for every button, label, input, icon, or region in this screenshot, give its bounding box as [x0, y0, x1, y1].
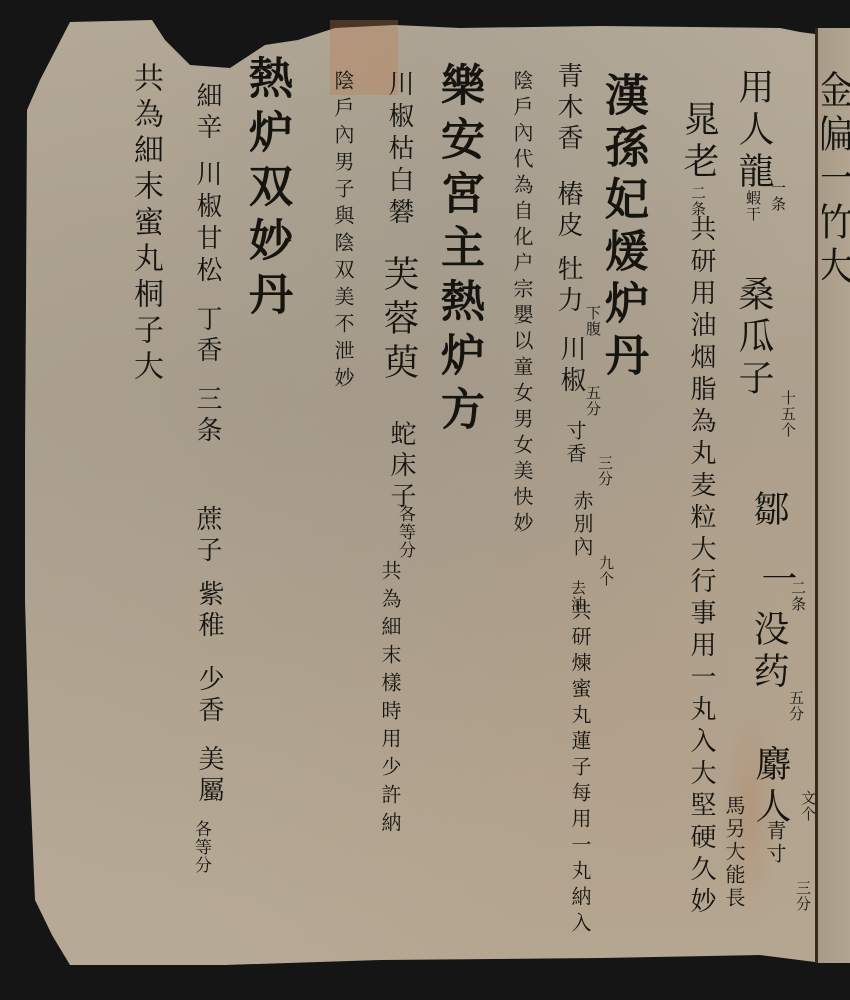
- column-4-text-4: 川椒: [558, 335, 584, 397]
- column-10-text-5: 紫稚: [196, 580, 222, 642]
- recipe-title-1: 漢孫妃煖炉丹: [600, 72, 644, 384]
- column-10-text-3: 丁香: [194, 305, 220, 367]
- manuscript-scan: 金偏一竹大 用人龍 一条 蝦干 桑瓜子 十五个 鄒 一 二条 没药 五分 麝人 …: [0, 0, 850, 1000]
- column-1-main-3: 鄒: [750, 490, 786, 532]
- column-4-text-6: 赤別內: [572, 490, 592, 559]
- column-1-note-e: 五分: [788, 690, 803, 722]
- column-4-text-1: 青木香: [555, 62, 581, 155]
- column-1-note-g: 三分: [795, 880, 810, 912]
- column-7-note: 各等分: [396, 505, 413, 559]
- column-7-text-2: 芙蓉萸: [380, 255, 416, 387]
- column-4-text-8: 共研煉蜜丸蓮子每用一丸納入: [570, 600, 590, 938]
- column-10-text-4: 蔗子: [194, 505, 220, 567]
- column-1-main-7: 青寸: [765, 820, 785, 866]
- column-11-text: 共為細末蜜丸桐子大: [130, 62, 160, 386]
- column-8-text: 陰戶內男子與陰双美不泄妙: [333, 70, 353, 394]
- column-1-note-a: 一条: [770, 180, 785, 212]
- column-5-text: 陰戶內代為自化户宗嬰以童女男女美快妙: [512, 70, 532, 538]
- column-1-note-b: 蝦干: [745, 190, 760, 222]
- column-7-text-4: 共為細末樣時用少許納: [380, 560, 400, 840]
- recipe-title-2: 樂安宮主熱炉方: [436, 62, 480, 440]
- column-2-note: 二条: [690, 185, 705, 217]
- column-1-main-5: 没药: [750, 610, 786, 694]
- column-10-text-7: 美屬: [196, 745, 222, 807]
- column-2-text: 共研用油烟脂為丸麦粒大行事用一丸入大堅硬久妙: [688, 215, 714, 919]
- column-1-main-2: 桑瓜子: [735, 275, 771, 401]
- column-4-note-2: 五分: [585, 385, 600, 417]
- adjacent-page-text: 金偏一竹大: [822, 70, 850, 290]
- column-4-note-1: 下腹: [585, 305, 600, 337]
- column-2-head: 晁老: [680, 100, 716, 184]
- column-4-note-3: 三分: [597, 455, 612, 487]
- column-7-text-3: 蛇床子: [388, 420, 414, 513]
- recipe-title-3: 熱炉双妙丹: [244, 55, 288, 325]
- column-10-note-2: 各等分: [192, 820, 209, 874]
- column-1-note-f: 文个: [800, 790, 815, 822]
- column-2-side-note: 馬另大能長: [724, 795, 744, 910]
- column-1-main-6: 麝人: [752, 745, 788, 829]
- column-1-note-c: 十五个: [780, 390, 795, 438]
- column-1-note-d: 二条: [790, 580, 805, 612]
- column-4-note-4: 九个: [598, 555, 613, 587]
- column-1-head: 用人龍: [735, 68, 771, 194]
- column-10-note-1: 三条: [194, 385, 220, 447]
- column-10-text-6: 少香: [196, 665, 222, 727]
- column-10-text-1: 細辛: [194, 82, 220, 144]
- column-4-text-3: 牡力: [555, 255, 581, 317]
- column-10-text-2: 川椒甘松: [194, 160, 220, 288]
- column-4-text-2: 樁皮: [555, 180, 581, 242]
- column-4-text-5: 寸香: [565, 420, 585, 466]
- column-7-text-1: 川椒枯白礬: [386, 70, 412, 230]
